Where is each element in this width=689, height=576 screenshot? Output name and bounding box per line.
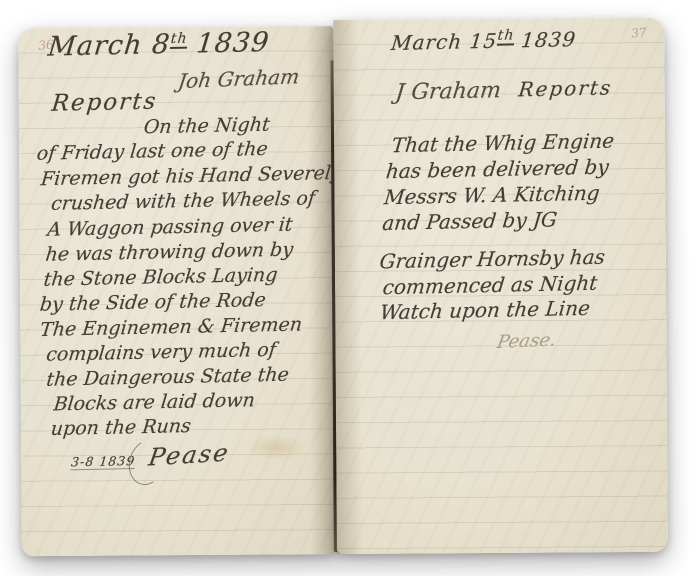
manuscript-line: of Friday last one of the — [36, 138, 269, 165]
manuscript-line: upon the Runs — [50, 415, 192, 440]
left-page-reports-label: Reports — [50, 89, 158, 117]
manuscript-line: That the Whig Engine — [391, 129, 616, 158]
manuscript-line: Blocks are laid down — [53, 389, 256, 415]
date-ordinal: th — [170, 31, 189, 49]
manuscript-line: Firemen got his Hand Severely — [40, 162, 343, 190]
date-month-day: March 8 — [47, 29, 172, 63]
manuscript-line: the Stone Blocks Laying — [43, 264, 279, 291]
manuscript-line: commenced as Night — [382, 271, 599, 300]
countersignature-name: Pease — [147, 439, 232, 472]
right-page-byline: J Graham — [394, 78, 502, 105]
date-month-day: March 15 — [390, 29, 498, 55]
date-year: 1839 — [520, 27, 577, 52]
manuscript-line: Messrs W. A Kitching — [383, 181, 601, 210]
manuscript-line: he was throwing down by — [44, 239, 294, 266]
photo-background: { "photo": { "description": "Open handwr… — [0, 0, 689, 576]
date-year: 1839 — [195, 27, 271, 60]
manuscript-line: by the Side of the Rode — [39, 289, 267, 316]
right-page-reports-label: Reports — [517, 75, 613, 101]
countersignature-date: 3-8 1839 — [70, 453, 136, 470]
manuscript-line: A Waggon passing over it — [46, 214, 293, 241]
right-page-number: 37 — [630, 25, 646, 40]
date-ordinal: th — [497, 28, 516, 46]
right-page: 37 March 15th 1839 J Graham Reports That… — [333, 18, 668, 554]
left-page-date-heading: March 8th 1839 — [47, 27, 271, 63]
manuscript-line: The Enginemen & Firemen — [39, 313, 303, 340]
right-page-date-heading: March 15th 1839 — [390, 27, 578, 55]
manuscript-line: complains very much of — [45, 339, 277, 366]
open-notebook: 36 March 8th 1839 Joh Graham Reports On … — [18, 6, 668, 558]
manuscript-line: Grainger Hornsby has — [378, 245, 606, 274]
manuscript-line: Watch upon the Line — [379, 296, 591, 324]
left-page-byline: Joh Graham — [177, 64, 301, 93]
faint-countersignature: Pease. — [495, 329, 557, 352]
manuscript-line: and Passed by JG — [381, 207, 558, 235]
paper-stain — [246, 434, 306, 460]
manuscript-line: crushed with the Wheels of — [50, 187, 316, 215]
left-page: 36 March 8th 1839 Joh Graham Reports On … — [18, 26, 337, 556]
manuscript-line: the Daingerous State the — [45, 364, 290, 391]
manuscript-line: On the Night — [143, 114, 271, 139]
manuscript-line: has been delivered by — [385, 155, 610, 184]
